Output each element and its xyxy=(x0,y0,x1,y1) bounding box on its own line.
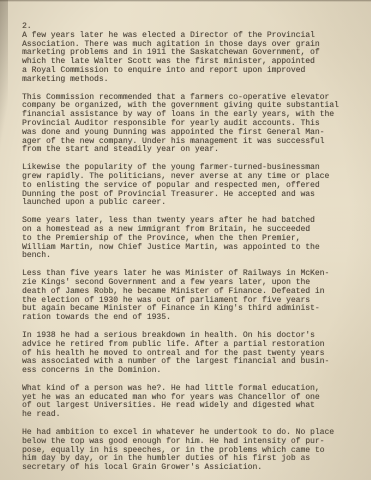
typewritten-text-block: 2. A few years later he was elected a Di… xyxy=(22,23,351,480)
paragraph-2: This Commission recommended that a farme… xyxy=(22,94,351,156)
paragraph-1: A few years later he was elected a Direc… xyxy=(22,32,351,85)
paragraph-3: Likewise the popularity of the young far… xyxy=(22,164,351,208)
paragraph-5: Less than five years later he was Minist… xyxy=(22,270,351,323)
scan-edge-shadow-left xyxy=(0,0,8,170)
paragraph-7: What kind of a person was he?. He had li… xyxy=(22,385,351,420)
paragraph-8: He had ambition to excel in whatever he … xyxy=(22,429,351,473)
scanned-document-page: 2. A few years later he was elected a Di… xyxy=(0,0,371,480)
paragraph-4: Some years later, less than twenty years… xyxy=(22,217,351,261)
scan-edge-shadow-top xyxy=(0,0,371,2)
paragraph-6: In 1938 he had a serious breakdown in he… xyxy=(22,332,351,376)
